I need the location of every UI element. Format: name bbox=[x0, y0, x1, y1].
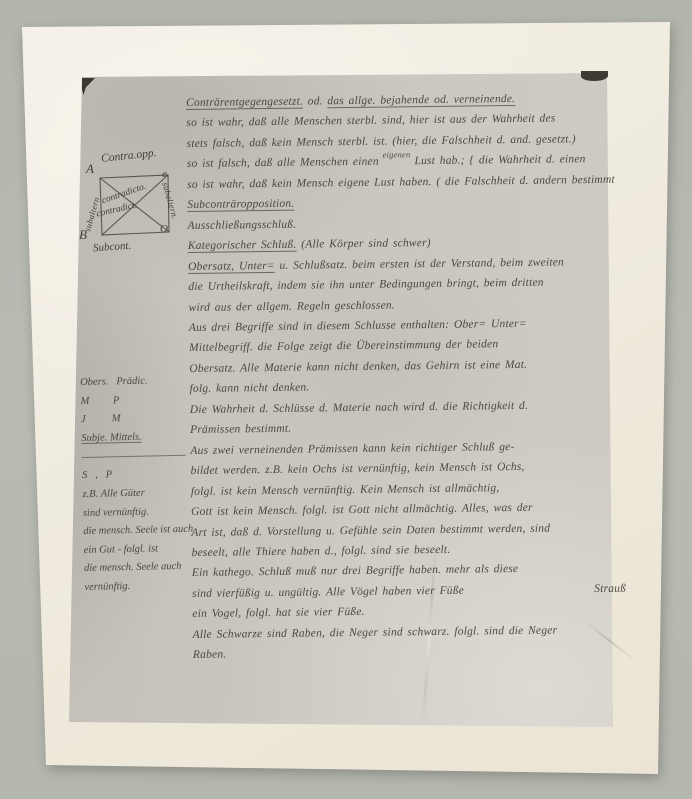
manuscript-text-segment: od. bbox=[303, 91, 328, 112]
margin-note-line: M P bbox=[80, 390, 200, 411]
manuscript-text-segment: Raben. bbox=[193, 645, 227, 666]
manuscript-text-segment: Die Wahrheit d. Schlüsse d. Materie nach… bbox=[190, 396, 528, 421]
manuscript-text-segment: Subconträropposition. bbox=[187, 194, 294, 216]
manuscript-text-segment: Ausschließungsschluß. bbox=[187, 214, 296, 236]
margin-note-line: S , P bbox=[82, 465, 202, 486]
manuscript-text-segment: die Urtheilskraft, indem sie ihn unter B… bbox=[188, 273, 544, 298]
margin-note-line: Obers. Prädic. bbox=[80, 371, 200, 392]
manuscript-text-segment: sind vierfüßig u. ungültig. Alle Vögel h… bbox=[192, 581, 464, 605]
manuscript-text-segment: (Alle Körper sind schwer) bbox=[296, 233, 431, 255]
margin-note-line: z.B. Alle Güter bbox=[82, 483, 202, 504]
margin-notes: Obers. Prädic.M PJ MSubje. Mittels.S , P… bbox=[80, 371, 205, 597]
manuscript-text-segment: eigenen bbox=[379, 145, 415, 166]
diagram-corner-a: A bbox=[86, 161, 94, 177]
margin-note-line: J M bbox=[81, 409, 201, 430]
margin-note-line: ein Gut - folgl. ist bbox=[84, 539, 204, 560]
manuscript-lines: Conträrentgegengesetzt. od. das allge. b… bbox=[186, 88, 627, 666]
margin-note-line: Subje. Mittels. bbox=[81, 427, 201, 448]
manuscript-text-segment: Lust hab.; bbox=[414, 151, 469, 172]
margin-note-line: die mensch. Seele ist auch bbox=[83, 521, 203, 542]
manuscript-text-segment: Kategorischer Schluß. bbox=[188, 235, 297, 257]
manuscript-text-segment: Obersatz. Alle Materie kann nicht denken… bbox=[189, 355, 527, 380]
manuscript-text-segment: Conträrentgegengesetzt. bbox=[186, 92, 303, 114]
manuscript-text-segment: { die Wahrheit d. einen bbox=[469, 149, 585, 171]
margin-rule bbox=[82, 455, 186, 458]
diagram-corner-o: O bbox=[160, 223, 168, 235]
manuscript-text-segment: Art ist, daß d. Vorstellung u. Gefühle s… bbox=[191, 518, 550, 543]
margin-note-line: vernünftig. bbox=[84, 576, 204, 597]
manuscript-text-segment: das allge. bejahende od. verneinende. bbox=[327, 89, 515, 112]
diagram-corner-e: e bbox=[162, 168, 167, 180]
manuscript-text-segment: folg. kann nicht denken. bbox=[189, 378, 309, 400]
manuscript-text-segment: Obersatz, Unter= bbox=[188, 256, 275, 278]
manuscript-text-segment: Strauß bbox=[594, 579, 626, 600]
manuscript-text-segment: wird aus der allgem. Regeln geschlossen. bbox=[188, 295, 395, 318]
margin-note-line: sind vernünftig. bbox=[83, 502, 203, 523]
manuscript-text-segment: so ist falsch, daß alle Menschen einen bbox=[187, 152, 379, 175]
manuscript-text-segment: ein Vogel, folgl. hat sie vier Füße. bbox=[192, 602, 365, 625]
margin-note-line: die mensch. Seele auch bbox=[84, 558, 204, 579]
manuscript-text-segment: Ein kathego. Schluß muß nur drei Begriff… bbox=[192, 559, 519, 583]
page: { "scene": { "background_color": "#b6b9b… bbox=[0, 0, 692, 799]
manuscript-text-segment: Prämissen bestimmt. bbox=[190, 419, 291, 441]
